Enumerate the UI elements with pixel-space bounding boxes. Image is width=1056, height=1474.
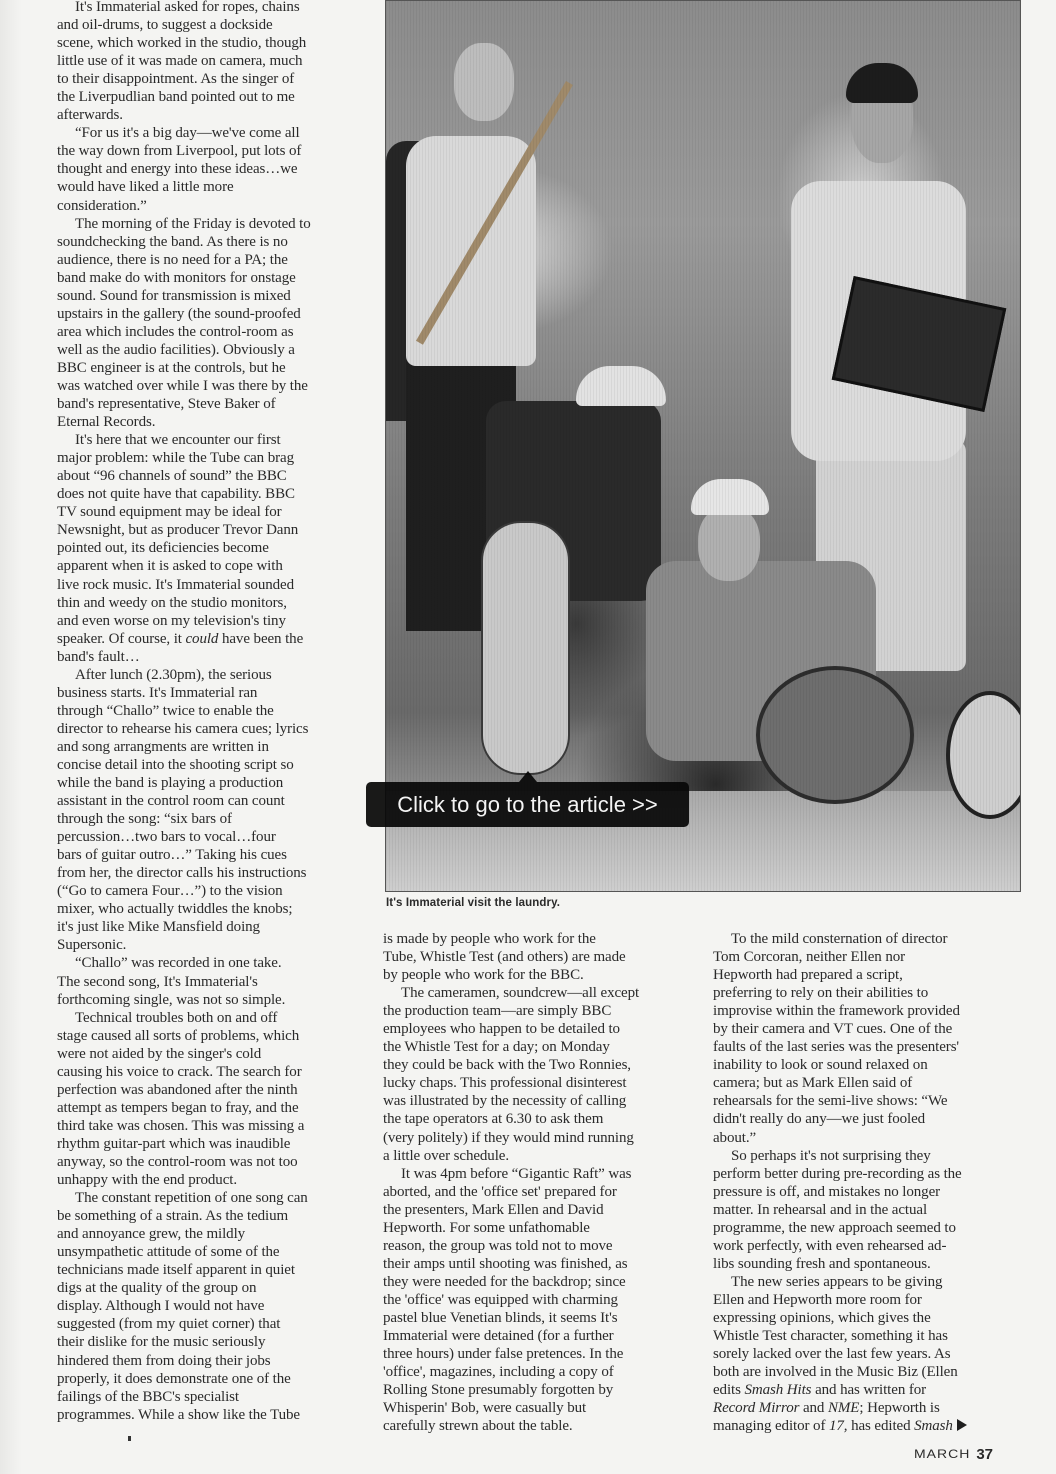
article-line: unhappy with the end product.: [57, 1171, 363, 1189]
article-column-middle: is made by people who work for theTube, …: [383, 930, 689, 1435]
article-line: Record Mirror and NME; Hepworth is: [713, 1399, 1021, 1417]
photo-grain: [386, 1, 1020, 891]
article-line: stage caused all sorts of problems, whic…: [57, 1027, 363, 1045]
article-line: through the song: “six bars of: [57, 810, 363, 828]
article-line: Eternal Records.: [57, 413, 363, 431]
article-line: expressing opinions, which gives the: [713, 1309, 1021, 1327]
article-line: does not quite have that capability. BBC: [57, 485, 363, 503]
article-line: scene, which worked in the studio, thoug…: [57, 34, 363, 52]
article-line: Newsnight, but as producer Trevor Dann: [57, 521, 363, 539]
article-line: “For us it's a big day—we've come all: [57, 124, 363, 142]
article-line: soundchecking the band. As there is no: [57, 233, 363, 251]
article-line: The second song, It's Immaterial's: [57, 973, 363, 991]
article-line: forthcoming single, was not so simple.: [57, 991, 363, 1009]
article-line: aborted, and the 'office set' prepared f…: [383, 1183, 689, 1201]
article-line: was watched over while I was there by th…: [57, 377, 363, 395]
page-number: 37: [976, 1446, 993, 1463]
article-line: business starts. It's Immaterial ran: [57, 684, 363, 702]
article-line: their dislike for the music seriously: [57, 1333, 363, 1351]
article-line: director to rehearse his camera cues; ly…: [57, 720, 363, 738]
photo-caption: It's Immaterial visit the laundry.: [386, 897, 560, 909]
article-line: attempt as tempers began to fray, and th…: [57, 1099, 363, 1117]
article-line: failings of the BBC's specialist: [57, 1388, 363, 1406]
article-line: the presenters, Mark Ellen and David: [383, 1201, 689, 1219]
article-line: (“Go to camera Four…”) to the vision: [57, 882, 363, 900]
article-line: the Whistle Test for a day; on Monday: [383, 1038, 689, 1056]
article-line: about.”: [713, 1129, 1021, 1147]
article-line: Tube, Whistle Test (and others) are made: [383, 948, 689, 966]
article-column-right: To the mild consternation of directorTom…: [713, 930, 1021, 1435]
article-line: band make do with monitors for onstage: [57, 269, 363, 287]
article-line: both are involved in the Music Biz (Elle…: [713, 1363, 1021, 1381]
tooltip-arrow: [519, 771, 537, 782]
article-line: concise detail into the shooting script …: [57, 756, 363, 774]
article-line: inability to look or sound relaxed on: [713, 1056, 1021, 1074]
article-line: managing editor of 17, has edited Smash: [713, 1417, 1021, 1435]
article-line: Supersonic.: [57, 936, 363, 954]
article-line: pressure is off, and mistakes no longer: [713, 1183, 1021, 1201]
article-line: lucky chaps. This professional disintere…: [383, 1074, 689, 1092]
article-line: the production team—are simply BBC: [383, 1002, 689, 1020]
tooltip-label[interactable]: Click to go to the article >>: [397, 792, 657, 818]
article-line: afterwards.: [57, 106, 363, 124]
article-line: assistant in the control room can count: [57, 792, 363, 810]
article-line: TV sound equipment may be ideal for: [57, 503, 363, 521]
article-line: matter. In rehearsal and in the actual: [713, 1201, 1021, 1219]
article-line: Tom Corcoran, neither Ellen nor: [713, 948, 1021, 966]
article-line: technicians made itself apparent in quie…: [57, 1261, 363, 1279]
article-line: edits Smash Hits and has written for: [713, 1381, 1021, 1399]
article-line: suggested (from my quiet corner) that: [57, 1315, 363, 1333]
article-line: The constant repetition of one song can: [57, 1189, 363, 1207]
article-line: 'office', magazines, including a copy of: [383, 1363, 689, 1381]
article-line: was illustrated by the necessity of call…: [383, 1092, 689, 1110]
article-line: speaker. Of course, it could have been t…: [57, 630, 363, 648]
article-column-left: It's Immaterial asked for ropes, chainsa…: [57, 0, 363, 1424]
article-line: Hepworth had prepared a script,: [713, 966, 1021, 984]
article-line: audience, there is no need for a PA; the: [57, 251, 363, 269]
article-line: libs sounding fresh and spontaneous.: [713, 1255, 1021, 1273]
article-line: carefully strewn about the table.: [383, 1417, 689, 1435]
article-line: properly, it does demonstrate one of the: [57, 1370, 363, 1388]
article-line: a little over schedule.: [383, 1147, 689, 1165]
article-line: their amps until shooting was finished, …: [383, 1255, 689, 1273]
continued-arrow-icon: [957, 1419, 967, 1431]
article-line: apparent when it is asked to cope with: [57, 557, 363, 575]
article-line: (very politely) if they would mind runni…: [383, 1129, 689, 1147]
article-line: After lunch (2.30pm), the serious: [57, 666, 363, 684]
article-line: by their camera and VT cues. One of the: [713, 1020, 1021, 1038]
article-line: It was 4pm before “Gigantic Raft” was: [383, 1165, 689, 1183]
article-line: employees who happen to be detailed to: [383, 1020, 689, 1038]
article-line: sound. Sound for transmission is mixed: [57, 287, 363, 305]
article-line: percussion…two bars to vocal…four: [57, 828, 363, 846]
page-footer: MARCH 37: [914, 1446, 993, 1463]
article-line: consideration.”: [57, 197, 363, 215]
article-line: So perhaps it's not surprising they: [713, 1147, 1021, 1165]
article-line: to their disappointment. As the singer o…: [57, 70, 363, 88]
article-line: it's just like Mike Mansfield doing: [57, 918, 363, 936]
article-line: and song arrangments are written in: [57, 738, 363, 756]
article-line: band's representative, Steve Baker of: [57, 395, 363, 413]
article-line: were not aided by the singer's cold: [57, 1045, 363, 1063]
article-line: The cameramen, soundcrew—all except: [383, 984, 689, 1002]
article-line: by people who work for the BBC.: [383, 966, 689, 984]
article-line: the Liverpudlian band pointed out to me: [57, 88, 363, 106]
article-line: Ellen and Hepworth more room for: [713, 1291, 1021, 1309]
article-line: It's Immaterial asked for ropes, chains: [57, 0, 363, 16]
footer-month: MARCH: [914, 1447, 970, 1461]
article-line: and even worse on my television's tiny: [57, 612, 363, 630]
article-line: major problem: while the Tube can brag: [57, 449, 363, 467]
article-line: through “Challo” twice to enable the: [57, 702, 363, 720]
article-line: would have liked a little more: [57, 178, 363, 196]
go-to-article-tooltip[interactable]: Click to go to the article >>: [366, 782, 689, 827]
article-line: pointed out, its deficiencies become: [57, 539, 363, 557]
article-line: To the mild consternation of director: [713, 930, 1021, 948]
article-line: BBC engineer is at the controls, but he: [57, 359, 363, 377]
article-line: thought and energy into these ideas…we: [57, 160, 363, 178]
article-line: Whisperin' Bob, were casually but: [383, 1399, 689, 1417]
article-line: hindered them from doing their jobs: [57, 1352, 363, 1370]
article-line: third take was chosen. This was missing …: [57, 1117, 363, 1135]
article-line: It's here that we encounter our first: [57, 431, 363, 449]
article-line: camera; but as Mark Ellen said of: [713, 1074, 1021, 1092]
article-line: mixer, who actually twiddles the knobs;: [57, 900, 363, 918]
article-line: the tape operators at 6.30 to ask them: [383, 1110, 689, 1128]
article-line: band's fault…: [57, 648, 363, 666]
article-line: about “96 channels of sound” the BBC: [57, 467, 363, 485]
article-line: The morning of the Friday is devoted to: [57, 215, 363, 233]
article-line: and oil-drums, to suggest a dockside: [57, 16, 363, 34]
article-line: and annoyance grew, the mildly: [57, 1225, 363, 1243]
article-line: sorely lacked over the last few years. A…: [713, 1345, 1021, 1363]
article-line: reason, the group was told not to move: [383, 1237, 689, 1255]
band-photo[interactable]: [385, 0, 1021, 892]
article-line: little use of it was made on camera, muc…: [57, 52, 363, 70]
article-line: preferring to rely on their abilities to: [713, 984, 1021, 1002]
article-line: is made by people who work for the: [383, 930, 689, 948]
article-line: digs at the quality of the group on: [57, 1279, 363, 1297]
article-line: Rolling Stone presumably forgotten by: [383, 1381, 689, 1399]
article-line: anyway, so the control-room was not too: [57, 1153, 363, 1171]
article-line: display. Although I would not have: [57, 1297, 363, 1315]
article-line: didn't really do any—we just fooled: [713, 1110, 1021, 1128]
article-line: live rock music. It's Immaterial sounded: [57, 576, 363, 594]
article-line: perform better during pre-recording as t…: [713, 1165, 1021, 1183]
article-line: Hepworth. For some unfathomable: [383, 1219, 689, 1237]
article-line: programme, the new approach seemed to: [713, 1219, 1021, 1237]
article-line: rehearsals for the semi-live shows: “We: [713, 1092, 1021, 1110]
article-line: “Challo” was recorded in one take.: [57, 954, 363, 972]
article-line: be something of a strain. As the tedium: [57, 1207, 363, 1225]
article-line: Technical troubles both on and off: [57, 1009, 363, 1027]
article-line: while the band is playing a production: [57, 774, 363, 792]
article-line: work perfectly, with even rehearsed ad-: [713, 1237, 1021, 1255]
article-line: thin and weedy on the studio monitors,: [57, 594, 363, 612]
article-line: the 'office' was equipped with charming: [383, 1291, 689, 1309]
article-line: improvise within the framework provided: [713, 1002, 1021, 1020]
article-line: they could be back with the Two Ronnies,: [383, 1056, 689, 1074]
article-line: three hours) under false pretences. In t…: [383, 1345, 689, 1363]
article-line: they were needed for the backdrop; since: [383, 1273, 689, 1291]
article-line: upstairs in the gallery (the sound-proof…: [57, 305, 363, 323]
article-line: unsympathetic attitude of some of the: [57, 1243, 363, 1261]
page-edge: [0, 0, 22, 1474]
article-line: causing his voice to crack. The search f…: [57, 1063, 363, 1081]
article-line: bars of guitar outro…” Taking his cues: [57, 846, 363, 864]
article-line: area which includes the control-room as: [57, 323, 363, 341]
print-mark: [128, 1436, 131, 1441]
article-line: perfection was abandoned after the ninth: [57, 1081, 363, 1099]
article-line: rhythm guitar-part which was inaudible: [57, 1135, 363, 1153]
article-line: from her, the director calls his instruc…: [57, 864, 363, 882]
article-line: The new series appears to be giving: [713, 1273, 1021, 1291]
article-line: the way down from Liverpool, put lots of: [57, 142, 363, 160]
article-line: Immaterial were detained (for a further: [383, 1327, 689, 1345]
article-line: well as the audio facilities). Obviously…: [57, 341, 363, 359]
article-line: pastel blue Venetian blinds, it seems It…: [383, 1309, 689, 1327]
article-line: Whistle Test character, something it has: [713, 1327, 1021, 1345]
article-line: faults of the last series was the presen…: [713, 1038, 1021, 1056]
article-line: programmes. While a show like the Tube: [57, 1406, 363, 1424]
